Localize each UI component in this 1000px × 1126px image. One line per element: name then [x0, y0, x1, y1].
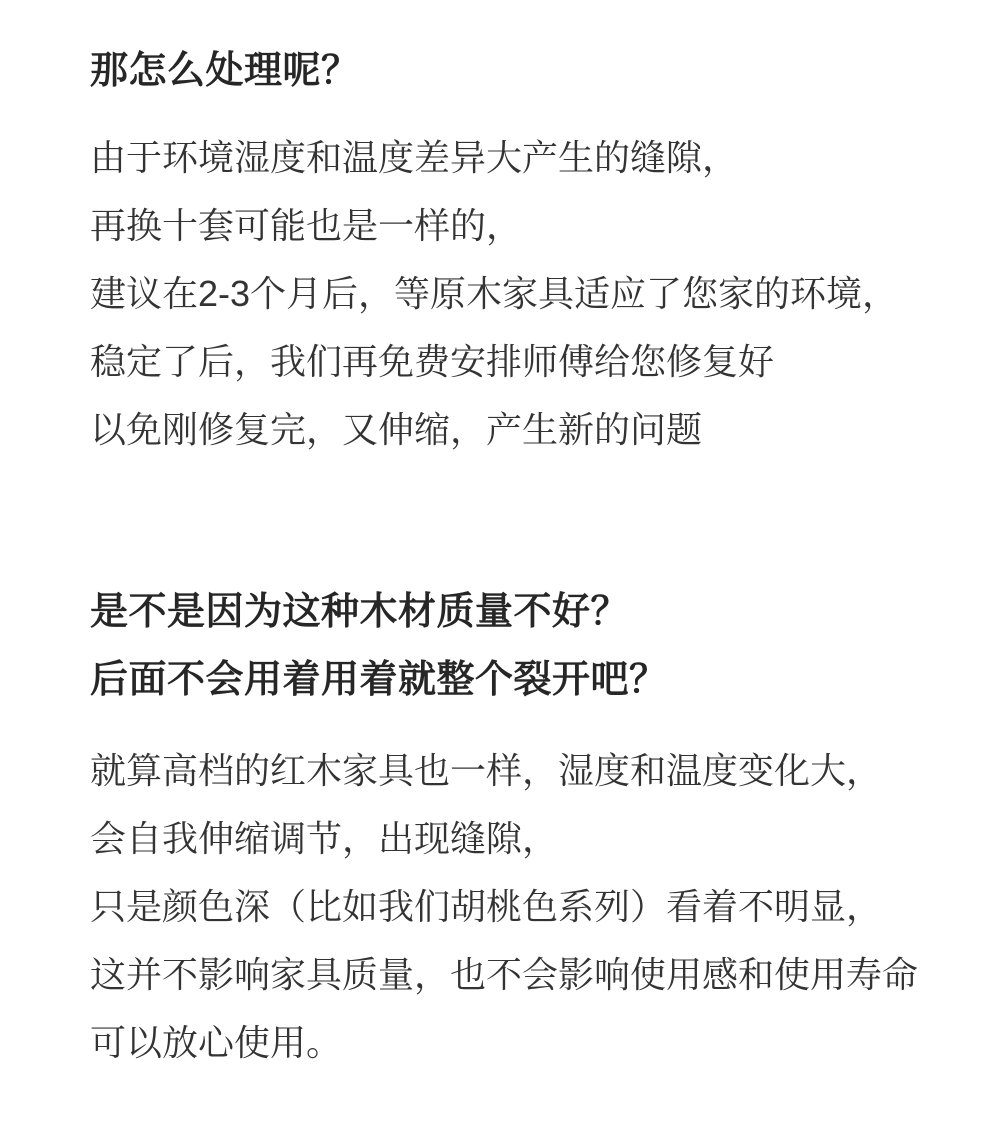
faq-document: 那怎么处理呢？ 由于环境湿度和温度差异大产生的缝隙， 再换十套可能也是一样的， … — [0, 0, 1000, 1077]
question-heading-1: 那怎么处理呢？ — [90, 37, 950, 105]
question-1-line-1: 那怎么处理呢？ — [90, 37, 950, 105]
answer-1-line-1: 由于环境湿度和温度差异大产生的缝隙， — [90, 124, 950, 192]
answer-2-line-2: 会自我伸缩调节，出现缝隙， — [90, 805, 950, 873]
answer-2-line-3: 只是颜色深（比如我们胡桃色系列）看着不明显， — [90, 873, 950, 941]
qa-section-2: 是不是因为这种木材质量不好？ 后面不会用着用着就整个裂开吧？ 就算高档的红木家具… — [90, 578, 950, 1077]
answer-1-line-5: 以免刚修复完，又伸缩，产生新的问题 — [90, 396, 950, 464]
question-heading-2: 是不是因为这种木材质量不好？ 后面不会用着用着就整个裂开吧？ — [90, 578, 950, 714]
answer-1-line-2: 再换十套可能也是一样的， — [90, 192, 950, 260]
qa-section-1: 那怎么处理呢？ 由于环境湿度和温度差异大产生的缝隙， 再换十套可能也是一样的， … — [90, 37, 950, 464]
answer-2-line-1: 就算高档的红木家具也一样，湿度和温度变化大， — [90, 737, 950, 805]
question-2-line-1: 是不是因为这种木材质量不好？ — [90, 578, 950, 646]
answer-1-line-3: 建议在2-3个月后，等原木家具适应了您家的环境， — [90, 260, 950, 328]
answer-paragraph-1: 由于环境湿度和温度差异大产生的缝隙， 再换十套可能也是一样的， 建议在2-3个月… — [90, 124, 950, 464]
answer-2-line-4: 这并不影响家具质量，也不会影响使用感和使用寿命 — [90, 941, 950, 1009]
question-2-line-2: 后面不会用着用着就整个裂开吧？ — [90, 646, 950, 714]
answer-2-line-5: 可以放心使用。 — [90, 1009, 950, 1077]
answer-1-line-4: 稳定了后，我们再免费安排师傅给您修复好 — [90, 328, 950, 396]
answer-paragraph-2: 就算高档的红木家具也一样，湿度和温度变化大， 会自我伸缩调节，出现缝隙， 只是颜… — [90, 737, 950, 1077]
